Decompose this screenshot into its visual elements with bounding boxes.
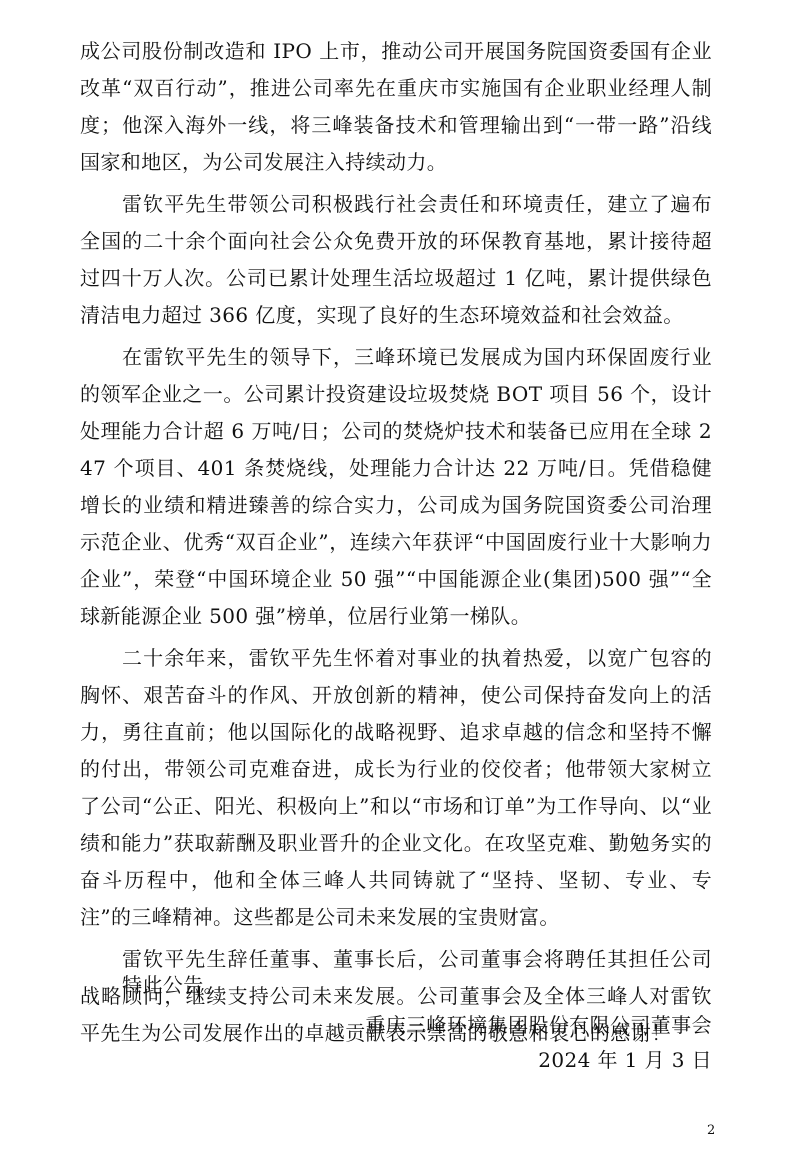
closing-statement: 特此公告。: [122, 967, 224, 1004]
page-number: 2: [707, 1123, 715, 1139]
paragraph-corporate-culture: 二十余年来，雷钦平先生怀着对事业的执着热爱，以宽广包容的胸怀、艰苦奋斗的作风、开…: [80, 640, 712, 936]
paragraph-leadership-reform: 成公司股份制改造和 IPO 上市，推动公司开展国务院国资委国有企业改革“双百行动…: [80, 33, 712, 181]
document-body: 成公司股份制改造和 IPO 上市，推动公司开展国务院国资委国有企业改革“双百行动…: [80, 33, 712, 1052]
announcement-date: 2024 年 1 月 3 日: [538, 1042, 712, 1079]
signer-board: 重庆三峰环境集团股份有限公司董事会: [365, 1007, 712, 1044]
paragraph-social-responsibility: 雷钦平先生带领公司积极践行社会责任和环境责任，建立了遍布全国的二十余个面向社会公…: [80, 186, 712, 334]
paragraph-industry-leadership: 在雷钦平先生的领导下，三峰环境已发展成为国内环保固废行业的领军企业之一。公司累计…: [80, 339, 712, 635]
